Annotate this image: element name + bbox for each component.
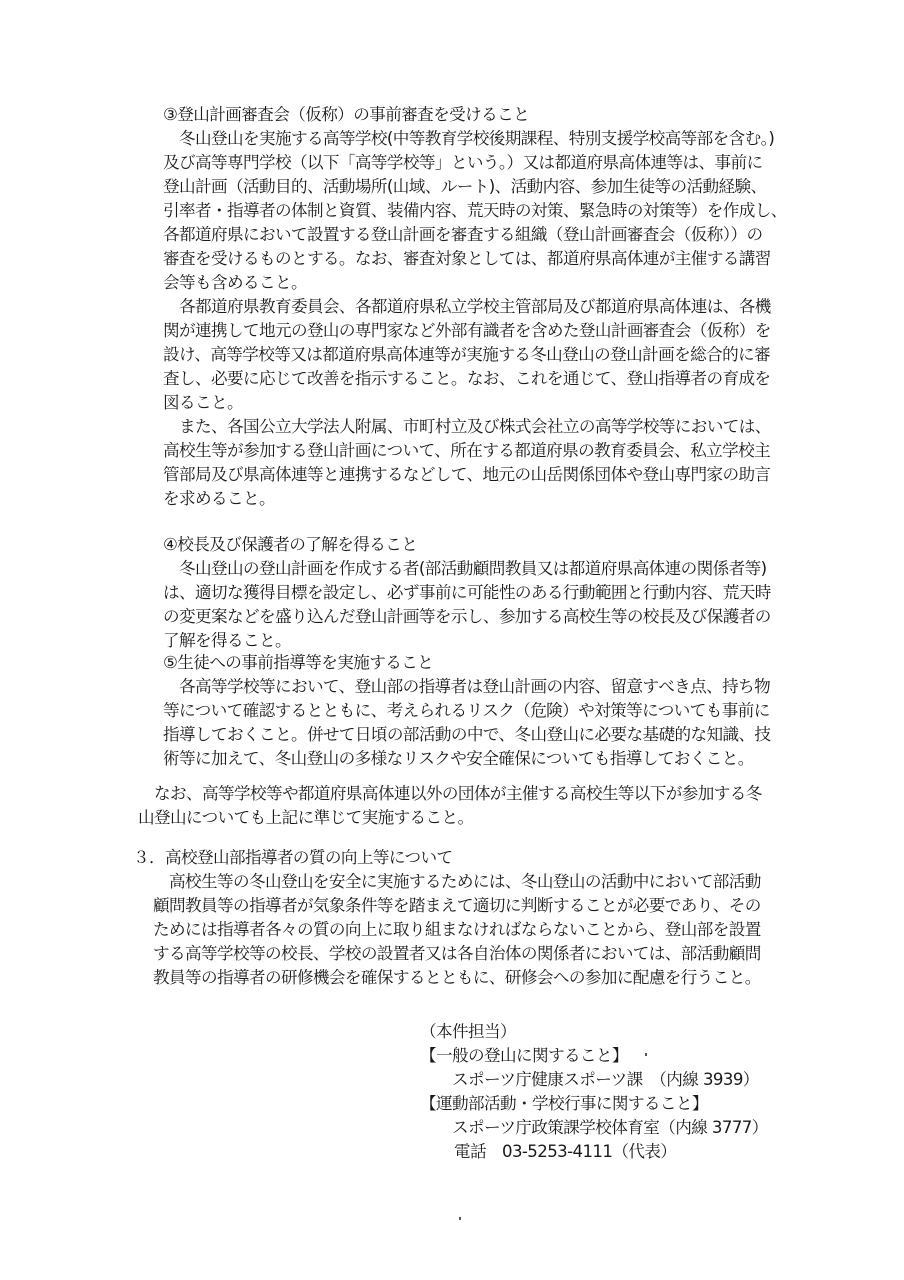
section3-para2-line: 図ること。 [163,391,243,415]
section4-para-line: 冬山登山の登山計画を作成する者(部活動顧問教員又は都道府県高体連の関係者等) [163,557,767,581]
section4-para-line: は、適切な獲得目標を設定し、必ず事前に可能性のある行動範囲と行動内容、荒天時 [163,581,771,605]
contact-school-heading: 【運動部活動・学校行事に関すること】 [420,1092,708,1116]
section3-para1-line: 審査を受けるものとする。なお、審査対象としては、都道府県高体連が主催する講習 [163,247,771,271]
section3-para3-line: また、各国公立大学法人附属、市町村立及び株式会社立の高等学校等においては、 [163,415,771,439]
section3-para1-line: 各都道府県において設置する登山計画を審査する組織（登山計画審査会（仮称））の [163,223,762,247]
section3-para2-line: 各都道府県教育委員会、各都道府県私立学校主管部局及び都道府県高体連は、各機 [163,295,771,319]
section4-para-line: 了解を得ること。 [163,629,291,653]
section3-para2-line: 設け、高等学校等又は都道府県高体連等が実施する冬山登山の登山計画を総合的に審 [163,343,770,367]
item3-heading: ３．高校登山部指導者の質の向上等について [133,846,453,870]
section5-para-line: 各高等学校等において、登山部の指導者は登山計画の内容、留意すべき点、持ち物 [163,675,770,699]
section3-para3-line: を求めること。 [163,487,275,511]
scan-speck [459,1217,461,1220]
section3-para1-line: 会等も含めること。 [163,271,307,295]
item3-para-line: 教員等の指導者の研修機会を確保するとともに、研修会への参加に配慮を行うこと。 [153,966,761,990]
contact-general-heading: 【一般の登山に関すること】 [420,1044,628,1068]
item3-para-line: 高校生等の冬山登山を安全に実施するためには、冬山登山の活動中において部活動 [153,870,761,894]
section3-para2-line: 査し、必要に応じて改善を指示すること。なお、これを通じて、登山指導者の育成を [163,367,770,391]
note-para-line: なお、高等学校等や都道府県高体連以外の団体が主催する高校生等以下が参加する冬 [138,782,762,806]
section3-para3-line: 高校生等が参加する登山計画について、所在する都道府県の教育委員会、私立学校主 [163,439,770,463]
scan-speck [645,1053,647,1056]
section5-para-line: 指導しておくこと。併せて日頃の部活動の中で、冬山登山に必要な基礎的な知識、技 [163,723,770,747]
note-para-line: 山登山についても上記に準じて実施すること。 [138,806,474,830]
contact-general-office: スポーツ庁健康スポーツ課 （内線 3939） [452,1068,759,1092]
section5-para-line: 術等に加えて、冬山登山の多様なリスクや安全確保についても指導しておくこと。 [163,747,754,771]
section3-para1-line: 引率者・指導者の体制と資質、装備内容、荒天時の対策、緊急時の対策等）を作成し、 [163,199,787,223]
section5-heading: ⑤生徒への事前指導等を実施すること [163,651,433,675]
contact-title: （本件担当） [420,1020,516,1044]
section3-para1-line: 及び高等専門学校（以下「高等学校等」という。）又は都道府県高体連等は、事前に [163,151,762,175]
section3-para3-line: 管部局及び県高体連等と連携するなどして、地元の山岳関係団体や登山専門家の助言 [163,463,770,487]
contact-phone: 電話 03-5253-4111（代表） [454,1140,676,1164]
section5-para-line: 等について確認するとともに、考えられるリスク（危険）や対策等についても事前に [163,699,770,723]
section3-heading: ③登山計画審査会（仮称）の事前審査を受けること [163,103,529,127]
document-page: ③登山計画審査会（仮称）の事前審査を受けること 冬山登山を実施する高等学校(中等… [0,0,904,1280]
item3-para-line: ためには指導者各々の質の向上に取り組まなければならないことから、登山部を設置 [153,918,761,942]
item3-para-line: する高等学校等の校長、学校の設置者又は各自治体の関係者においては、部活動顧問 [153,942,761,966]
section4-heading: ④校長及び保護者の了解を得ること [163,533,417,557]
item3-para-line: 顧問教員等の指導者が気象条件等を踏まえて適切に判断することが必要であり、その [153,894,761,918]
section4-para-line: の変更案などを盛り込んだ登山計画等を示し、参加する高校生等の校長及び保護者の [163,605,771,629]
section3-para1-line: 冬山登山を実施する高等学校(中等教育学校後期課程、特別支援学校高等部を含む。) [163,127,774,151]
section3-para2-line: 関が連携して地元の登山の専門家など外部有識者を含めた登山計画審査会（仮称）を [163,319,771,343]
contact-school-office: スポーツ庁政策課学校体育室（内線 3777） [452,1116,768,1140]
section3-para1-line: 登山計画（活動目的、活動場所(山域、ルート)、活動内容、参加生徒等の活動経験、 [163,175,767,199]
